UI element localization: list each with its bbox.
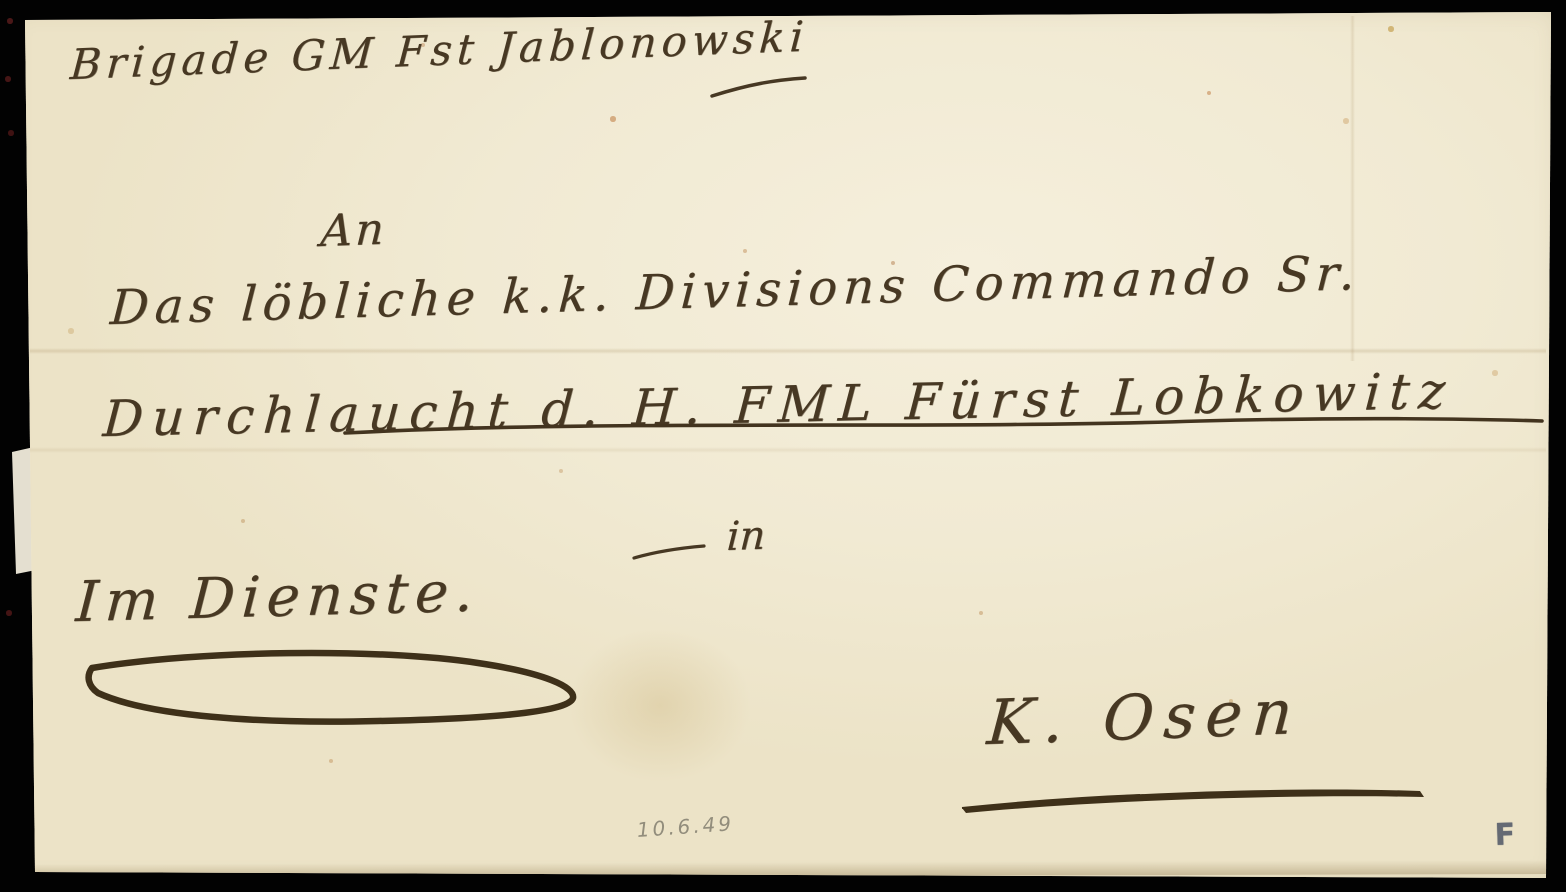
in-dash-stroke: [634, 546, 704, 558]
photo-background: Brigade GM Fst Jablonowski An Das löblic…: [0, 0, 1566, 892]
pen-flourish-strokes: [0, 0, 1566, 892]
endorsement-flourish-stroke: [712, 78, 805, 96]
strikethrough-stroke: [345, 419, 1542, 433]
dienste-paraph-flourish: [89, 653, 573, 722]
